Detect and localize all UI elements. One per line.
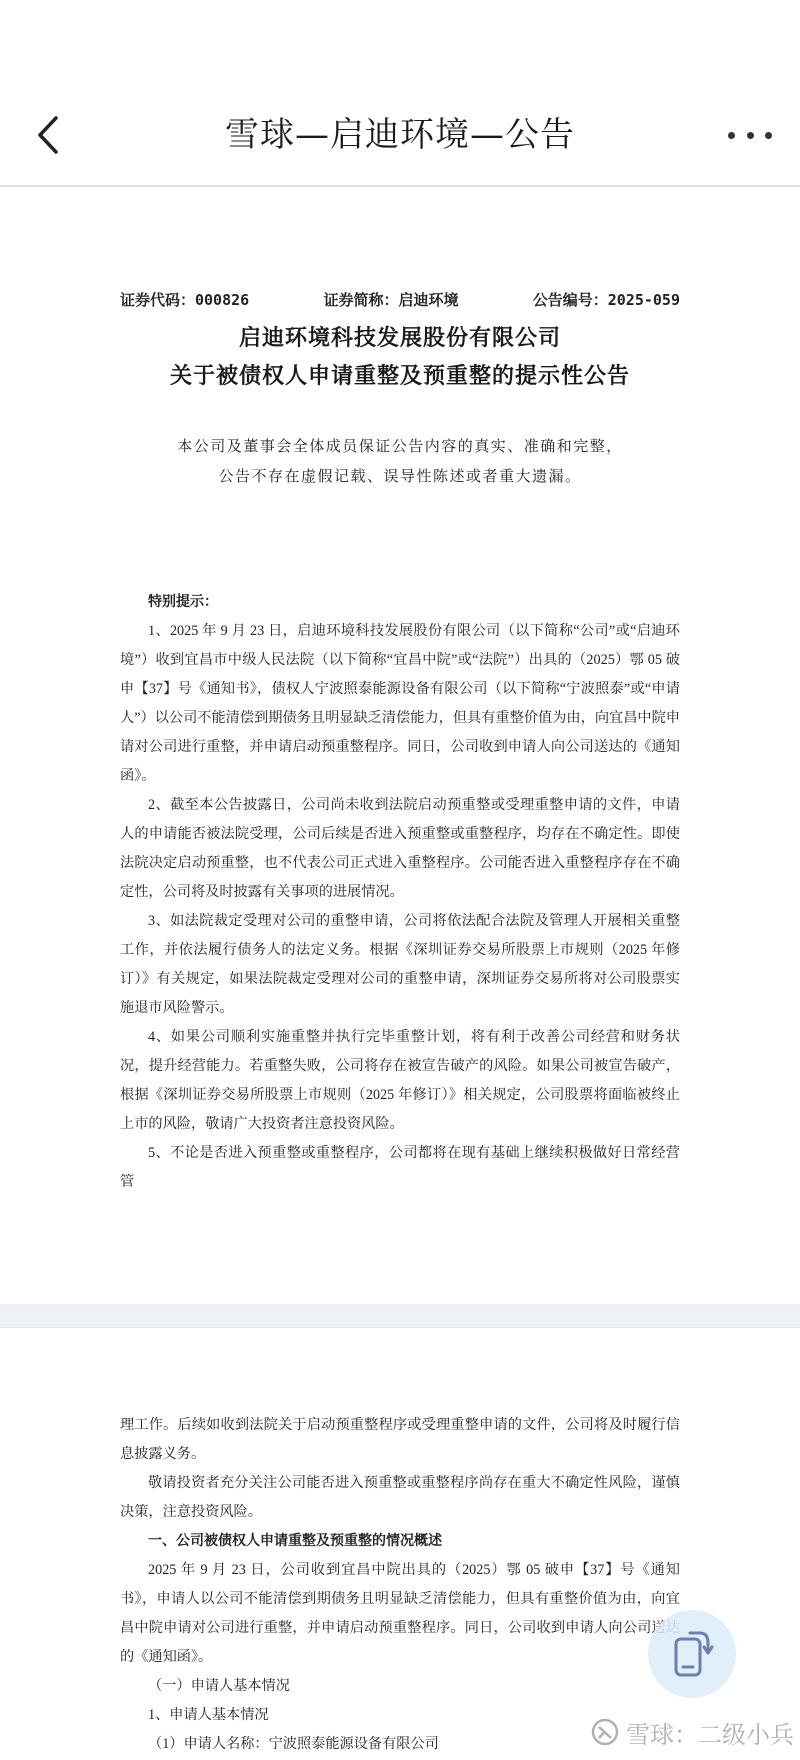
page-title: 雪球—启迪环境—公告	[0, 108, 800, 162]
notice-item: 1、2025 年 9 月 23 日，启迪环境科技发展股份有限公司（以下简称“公司…	[120, 617, 680, 791]
watermark-text: 雪球：二级小兵	[626, 1715, 794, 1750]
notice-item: 3、如法院裁定受理对公司的重整申请，公司将依法配合法院及管理人开展相关重整工作，…	[120, 907, 680, 1023]
continuation-paragraph: 理工作。后续如收到法院关于启动预重整程序或受理重整申请的文件，公司将及时履行信息…	[120, 1411, 680, 1469]
more-dot-icon	[728, 132, 735, 139]
rotate-screen-icon	[670, 1629, 714, 1679]
rotate-screen-button[interactable]	[648, 1610, 736, 1698]
page-2-body: 理工作。后续如收到法院关于启动预重整程序或受理重整申请的文件，公司将及时履行信息…	[120, 1411, 680, 1759]
special-notice-heading: 特别提示：	[120, 588, 680, 617]
notice-item: 2、截至本公告披露日，公司尚未收到法院启动预重整或受理重整申请的文件，申请人的申…	[120, 791, 680, 907]
document-title-company: 启迪环境科技发展股份有限公司	[0, 321, 800, 352]
board-statement-line-1: 本公司及董事会全体成员保证公告内容的真实、准确和完整，	[0, 435, 800, 456]
watermark: 雪球：二级小兵	[590, 1714, 794, 1750]
section-1-heading: 一、公司被债权人申请重整及预重整的情况概述	[120, 1527, 680, 1556]
document-title-subject: 关于被债权人申请重整及预重整的提示性公告	[0, 359, 800, 390]
top-nav-bar: 雪球—启迪环境—公告	[0, 0, 800, 187]
special-notice-section: 特别提示： 1、2025 年 9 月 23 日，启迪环境科技发展股份有限公司（以…	[120, 588, 680, 1197]
security-code: 证券代码：000826	[120, 289, 249, 310]
security-short-name: 证券简称：启迪环境	[323, 289, 458, 310]
page-separator	[0, 1304, 800, 1328]
xueqiu-logo-icon	[590, 1717, 620, 1747]
document-page-1: 证券代码：000826 证券简称：启迪环境 公告编号：2025-059 启迪环境…	[0, 189, 800, 1304]
more-dot-icon	[747, 132, 754, 139]
board-statement-line-2: 公告不存在虚假记载、误导性陈述或者重大遗漏。	[0, 465, 800, 486]
more-options-button[interactable]	[728, 120, 772, 150]
announcement-number: 公告编号：2025-059	[533, 289, 680, 310]
risk-warning-paragraph: 敬请投资者充分关注公司能否进入预重整或重整程序尚存在重大不确定性风险，谨慎决策，…	[120, 1469, 680, 1527]
subsection-heading: （一）申请人基本情况	[120, 1672, 680, 1701]
section-1-paragraph: 2025 年 9 月 23 日，公司收到宜昌中院出具的（2025）鄂 05 破申…	[120, 1556, 680, 1672]
security-info-row: 证券代码：000826 证券简称：启迪环境 公告编号：2025-059	[120, 289, 680, 310]
notice-item: 4、如果公司顺利实施重整并执行完毕重整计划，将有利于改善公司经营和财务状况，提升…	[120, 1023, 680, 1139]
notice-item: 5、不论是否进入预重整或重整程序，公司都将在现有基础上继续积极做好日常经营管	[120, 1139, 680, 1197]
more-dot-icon	[765, 132, 772, 139]
